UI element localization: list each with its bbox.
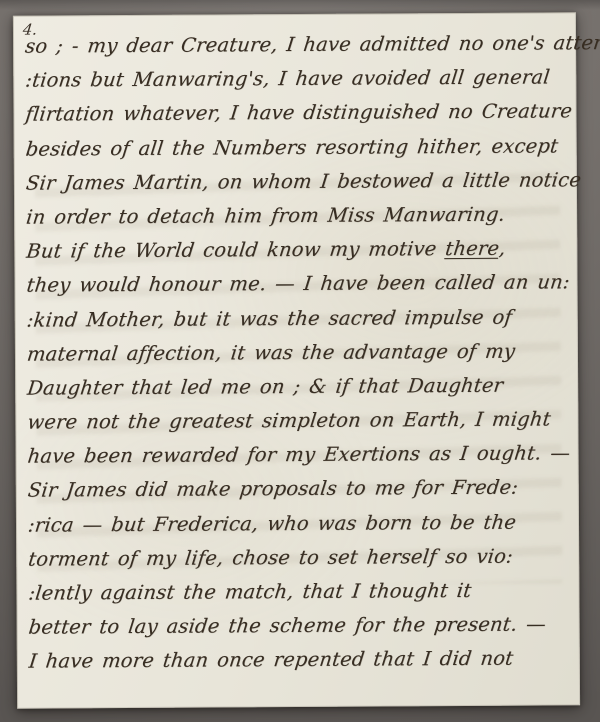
manuscript-line: :tions but Manwaring's, I have avoided a… bbox=[23, 60, 574, 98]
manuscript-line: Sir James Martin, on whom I bestowed a l… bbox=[24, 163, 575, 201]
manuscript-line: so ; - my dear Creature, I have admitted… bbox=[23, 26, 574, 64]
manuscript-line: :rica — but Frederica, who was born to b… bbox=[26, 505, 577, 543]
manuscript-line: in order to detach him from Miss Manwari… bbox=[24, 197, 575, 235]
manuscript-page: 4. so ; - my dear Creature, I have admit… bbox=[13, 12, 580, 708]
manuscript-lines: so ; - my dear Creature, I have admitted… bbox=[23, 26, 574, 679]
manuscript-line: flirtation whatever, I have distinguishe… bbox=[24, 95, 575, 133]
manuscript-line: But if the World could know my motive th… bbox=[24, 231, 575, 269]
photo-mat: 4. so ; - my dear Creature, I have admit… bbox=[0, 0, 600, 722]
manuscript-line: torment of my life, chose to set herself… bbox=[26, 539, 577, 577]
manuscript-line: better to lay aside the scheme for the p… bbox=[27, 607, 578, 645]
manuscript-line: they would honour me. — I have been call… bbox=[25, 266, 576, 304]
manuscript-line: besides of all the Numbers resorting hit… bbox=[24, 129, 575, 167]
manuscript-line: :kind Mother, but it was the sacred impu… bbox=[25, 300, 576, 338]
manuscript-line: were not the greatest simpleton on Earth… bbox=[25, 402, 576, 440]
manuscript-line: have been rewarded for my Exertions as I… bbox=[26, 437, 577, 475]
manuscript-line: Sir James did make proposals to me for F… bbox=[26, 471, 577, 509]
underlined-word: there bbox=[444, 237, 500, 260]
manuscript-line: maternal affection, it was the advantage… bbox=[25, 334, 576, 372]
manuscript-line: Daughter that led me on ; & if that Daug… bbox=[25, 368, 576, 406]
manuscript-line: :lently against the match, that I though… bbox=[27, 573, 578, 611]
manuscript-line: I have more than once repented that I di… bbox=[27, 642, 578, 680]
